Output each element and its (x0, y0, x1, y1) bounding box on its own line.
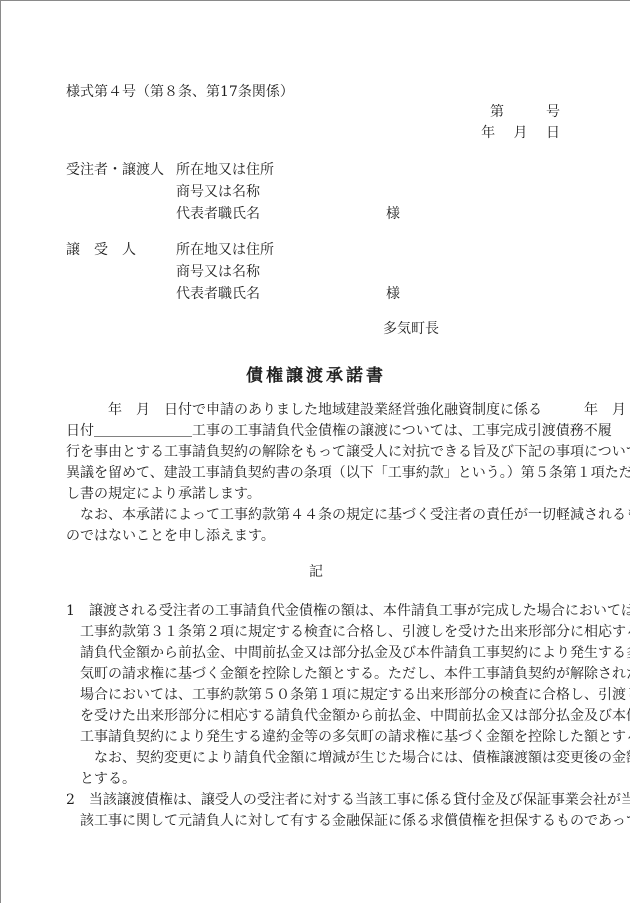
item-line: 工事約款第３１条第２項に規定する検査に合格し、引渡しを受けた出来形部分に相応する (66, 622, 606, 643)
date-line: 年 月 日 (481, 122, 560, 142)
contractor-address-label: 所在地又は住所 (176, 159, 274, 179)
contractor-representative-label: 代表者職氏名 (176, 203, 260, 223)
item-line: 該工事に関して元請負人に対して有する金融保証に係る求償債権を担保するものであって… (66, 811, 606, 832)
document-title: 債権譲渡承諾書 (1, 361, 630, 386)
item-line: なお、契約変更により請負代金額に増減が生じた場合には、債権譲渡額は変更後の金額 (66, 748, 606, 769)
body-line: 異議を留めて、建設工事請負契約書の条項（以下「工事約款」という。）第５条第１項た… (66, 463, 606, 484)
item-line: 2 当該譲渡債権は、譲受人の受注者に対する当該工事に係る貸付金及び保証事業会社が… (66, 790, 606, 811)
item-line: とする。 (66, 769, 606, 790)
item-line: 気町の請求権に基づく金額を控除した額とする。ただし、本件工事請負契約が解除された (66, 664, 606, 685)
body-line: のではないことを申し添えます。 (66, 526, 606, 547)
item-line: 請負代金額から前払金、中間前払金又は部分払金及び本件請負工事契約により発生する多 (66, 643, 606, 664)
body-line: 年 月 日付で申請のありました地域建設業経営強化融資制度に係る 年 月 (66, 400, 606, 421)
contractor-honorific: 様 (386, 203, 400, 223)
document-page: 様式第４号（第８条、第17条関係） 第 号 年 月 日 受注者・譲渡人 所在地又… (0, 0, 630, 903)
assignee-role-label: 譲 受 人 (66, 239, 136, 259)
body-line: なお、本承諾によって工事約款第４４条の規定に基づく受注者の責任が一切軽減されるも (66, 505, 606, 526)
body-line: 日付＿＿＿＿＿＿＿工事の工事請負代金債権の譲渡については、工事完成引渡債務不履 (66, 421, 606, 442)
addressee-mayor: 多気町長 (383, 318, 439, 338)
body-line: し書の規定により承諾します。 (66, 484, 606, 505)
assignee-company-label: 商号又は名称 (176, 261, 260, 281)
item-line: 工事請負契約により発生する違約金等の多気町の請求権に基づく金額を控除した額とする… (66, 727, 606, 748)
assignee-representative-label: 代表者職氏名 (176, 283, 260, 303)
item-line: を受けた出来形部分に相応する請負代金額から前払金、中間前払金又は部分払金及び本件 (66, 706, 606, 727)
body-line: 行を事由とする工事請負契約の解除をもって譲受人に対抗できる旨及び下記の事項につい… (66, 442, 606, 463)
doc-number-line: 第 号 (490, 101, 560, 121)
assignee-honorific: 様 (386, 283, 400, 303)
contractor-role-label: 受注者・譲渡人 (66, 159, 164, 179)
form-number: 様式第４号（第８条、第17条関係） (66, 81, 294, 101)
assignee-address-label: 所在地又は住所 (176, 239, 274, 259)
record-marker: 記 (1, 561, 630, 581)
item-line: 場合においては、工事約款第５０条第１項に規定する出来形部分の検査に合格し、引渡し (66, 685, 606, 706)
contractor-company-label: 商号又は名称 (176, 181, 260, 201)
item-line: 1 譲渡される受注者の工事請負代金債権の額は、本件請負工事が完成した場合において… (66, 601, 606, 622)
